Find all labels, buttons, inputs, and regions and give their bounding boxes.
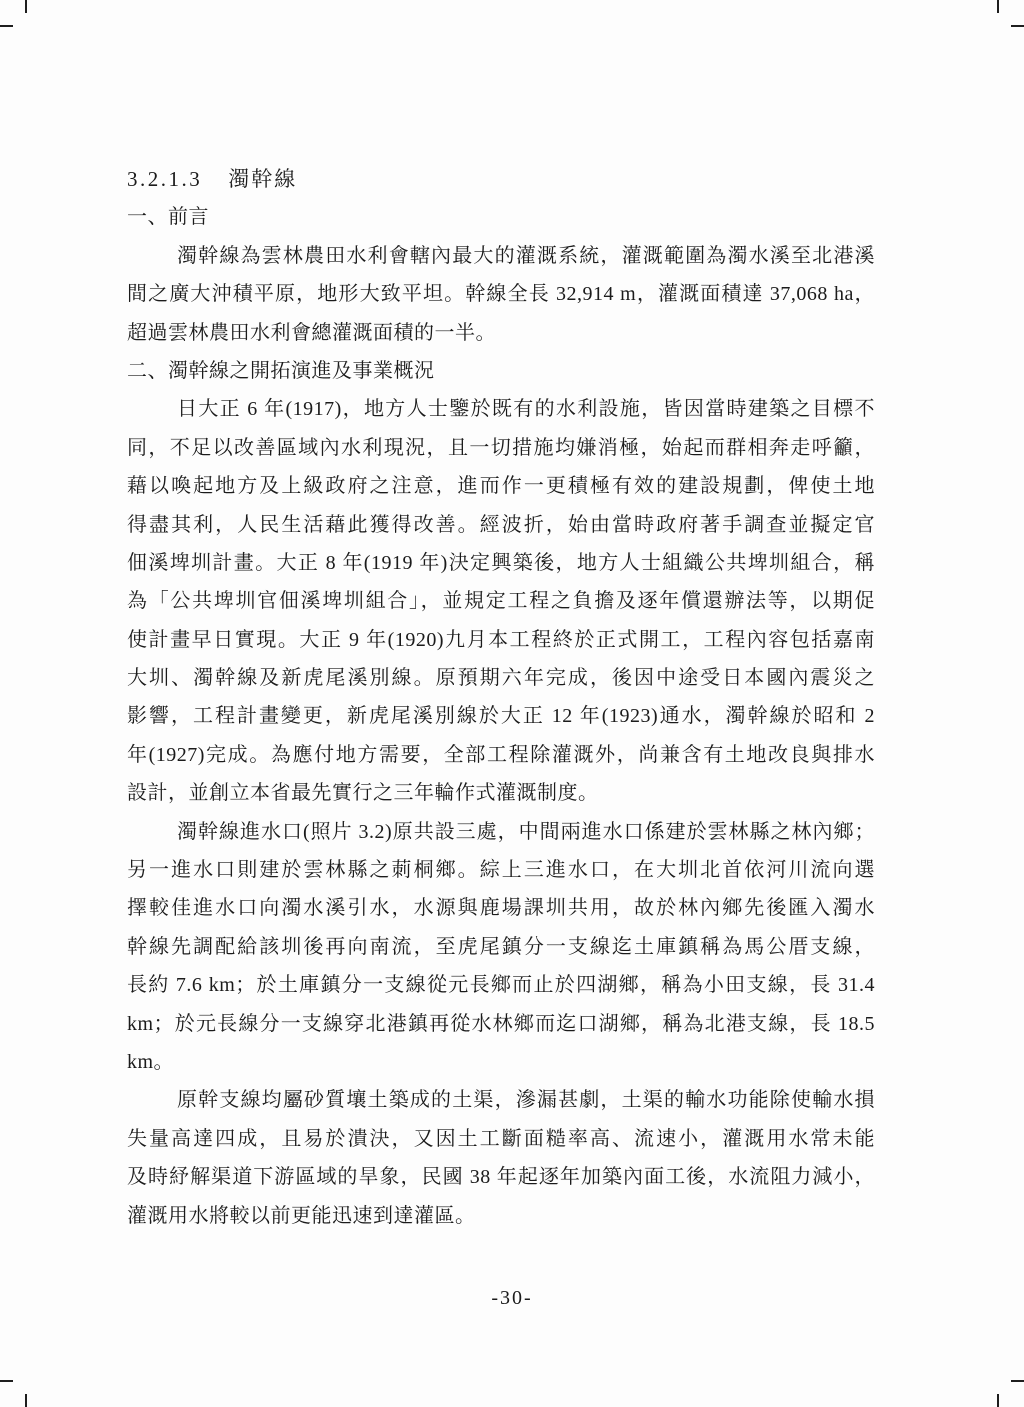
page-number: -30- xyxy=(0,1287,1024,1310)
paragraph-line: 幹線先調配給該圳後再向南流，至虎尾鎮分一支線迄土庫鎮稱為馬公厝支線， xyxy=(127,928,875,966)
paragraph-line: 影響，工程計畫變更，新虎尾溪別線於大正 12 年(1923)通水，濁幹線於昭和 … xyxy=(127,697,875,735)
paragraph-line: km；於元長線分一支線穿北港鎮再從水林鄉而迄口湖鄉，稱為北港支線，長 18.5 xyxy=(127,1005,875,1043)
paragraph-line: 濁幹線為雲林農田水利會轄內最大的灌溉系統，灌溉範圍為濁水溪至北港溪 xyxy=(127,237,875,275)
paragraph-line: 佃溪埤圳計畫。大正 8 年(1919 年)決定興築後，地方人士組織公共埤圳組合，… xyxy=(127,544,875,582)
paragraph-line: 擇較佳進水口向濁水溪引水，水源與鹿場課圳共用，故於林內鄉先後匯入濁水 xyxy=(127,889,875,927)
crop-mark-top-right-vertical xyxy=(997,0,999,13)
paragraph-line: 設計，並創立本省最先實行之三年輪作式灌溉制度。 xyxy=(127,774,875,812)
paragraph-line: 大圳、濁幹線及新虎尾溪別線。原預期六年完成，後因中途受日本國內震災之 xyxy=(127,659,875,697)
paragraph-line: 間之廣大沖積平原，地形大致平坦。幹線全長 32,914 m，灌溉面積達 37,0… xyxy=(127,275,875,313)
section-title: 濁幹線 xyxy=(228,167,297,191)
paragraph-line: 及時紓解渠道下游區域的旱象，民國 38 年起逐年加築內面工後，水流阻力減小， xyxy=(127,1158,875,1196)
subsection-heading-history: 二、濁幹線之開拓演進及事業概況 xyxy=(127,352,875,390)
paragraph-line: 為「公共埤圳官佃溪埤圳組合」，並規定工程之負擔及逐年償還辦法等，以期促 xyxy=(127,582,875,620)
paragraph-line: 使計畫早日實現。大正 9 年(1920)九月本工程終於正式開工，工程內容包括嘉南 xyxy=(127,621,875,659)
crop-mark-bottom-right-horizontal xyxy=(1011,1380,1024,1382)
paragraph-line: 同，不足以改善區域內水利現況，且一切措施均嫌消極，始起而群相奔走呼籲， xyxy=(127,429,875,467)
document-page: 3.2.1.3濁幹線 一、前言 濁幹線為雲林農田水利會轄內最大的灌溉系統，灌溉範… xyxy=(0,0,1024,1407)
paragraph-line: 灌溉用水將較以前更能迅速到達灌區。 xyxy=(127,1197,875,1235)
paragraph-line: 日大正 6 年(1917)，地方人士鑒於既有的水利設施，皆因當時建築之目標不 xyxy=(127,390,875,428)
crop-mark-bottom-left-horizontal xyxy=(0,1380,13,1382)
paragraph-line: 得盡其利，人民生活藉此獲得改善。經波折，始由當時政府著手調查並擬定官 xyxy=(127,506,875,544)
paragraph-line: 長約 7.6 km；於土庫鎮分一支線從元長鄉而止於四湖鄉，稱為小田支線，長 31… xyxy=(127,966,875,1004)
section-number: 3.2.1.3 xyxy=(127,167,202,191)
crop-mark-top-right-horizontal xyxy=(1011,25,1024,27)
crop-mark-top-left-horizontal xyxy=(0,25,13,27)
crop-mark-bottom-left-vertical xyxy=(25,1394,27,1407)
paragraph-line: km。 xyxy=(127,1043,875,1081)
subsection-heading-intro: 一、前言 xyxy=(127,198,875,236)
paragraph-line: 年(1927)完成。為應付地方需要，全部工程除灌溉外，尚兼含有土地改良與排水 xyxy=(127,736,875,774)
page-content: 3.2.1.3濁幹線 一、前言 濁幹線為雲林農田水利會轄內最大的灌溉系統，灌溉範… xyxy=(127,160,875,1235)
paragraph-line: 藉以喚起地方及上級政府之注意，進而作一更積極有效的建設規劃，俾使土地 xyxy=(127,467,875,505)
crop-mark-top-left-vertical xyxy=(25,0,27,13)
paragraph-line: 超過雲林農田水利會總灌溉面積的一半。 xyxy=(127,314,875,352)
section-heading: 3.2.1.3濁幹線 xyxy=(127,160,875,198)
paragraph-line: 原幹支線均屬砂質壤土築成的土渠，滲漏甚劇，土渠的輸水功能除使輸水損 xyxy=(127,1081,875,1119)
paragraph-line: 失量高達四成，且易於潰決，又因土工斷面糙率高、流速小，灌溉用水常未能 xyxy=(127,1120,875,1158)
crop-mark-bottom-right-vertical xyxy=(997,1394,999,1407)
paragraph-line: 濁幹線進水口(照片 3.2)原共設三處，中間兩進水口係建於雲林縣之林內鄉； xyxy=(127,813,875,851)
paragraph-line: 另一進水口則建於雲林縣之莿桐鄉。綜上三進水口，在大圳北首依河川流向選 xyxy=(127,851,875,889)
